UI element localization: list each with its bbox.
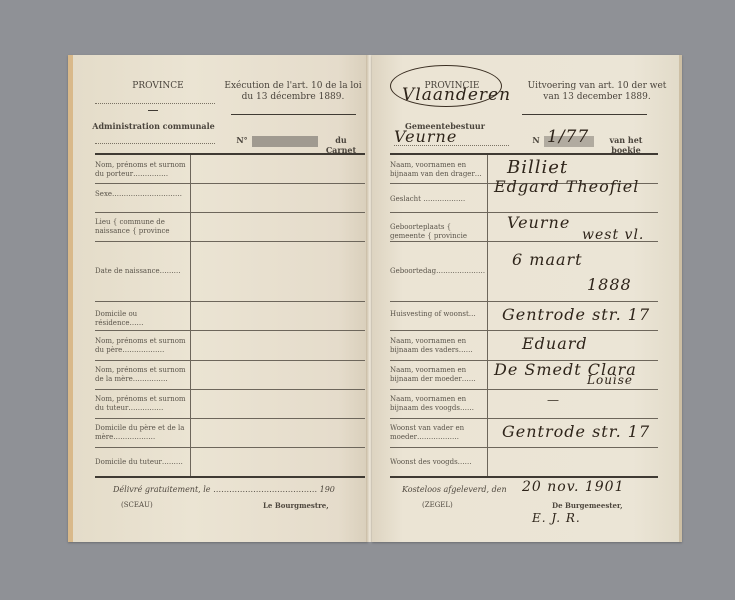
number-suffix-fr: du Carnet <box>321 135 361 155</box>
field-label: Naam, voornamen en bijnaam van den drage… <box>390 161 485 179</box>
row-line <box>390 330 658 331</box>
field-label: Naam, voornamen en bijnaam des vaders…… <box>390 337 485 355</box>
column-divider <box>190 155 191 477</box>
bearer-surname: Billiet <box>507 157 568 178</box>
flourish-rule <box>231 114 356 115</box>
table-top-rule <box>390 153 658 155</box>
province-label-fr: PROVINCE <box>118 81 198 91</box>
province-handwritten: Vlaanderen <box>402 85 511 105</box>
column-divider <box>487 155 488 477</box>
birth-year: 1888 <box>587 275 632 294</box>
row-line <box>390 418 658 419</box>
table-top-rule <box>95 153 365 155</box>
row-line <box>95 183 365 184</box>
row-line <box>95 360 365 361</box>
number-handwritten: 1/77 <box>547 127 589 147</box>
field-label: Woonst des voogds…… <box>390 458 485 467</box>
law-reference-nl: Uitvoering van art. 10 der wet van 13 de… <box>517 81 677 103</box>
row-line <box>390 301 658 302</box>
law-line-1: Uitvoering van art. 10 der wet <box>517 81 677 92</box>
table-bottom-rule <box>95 476 365 478</box>
field-label: Geboorteplaats { gemeente { provincie <box>390 223 485 241</box>
field-label: Nom, prénoms et surnom du tuteur…………… <box>95 395 187 413</box>
number-suffix-nl: van het boekje <box>596 135 656 155</box>
birthplace-municipality: Veurne <box>507 213 570 232</box>
right-page: PROVINCIE Vlaanderen Uitvoering van art.… <box>372 55 682 542</box>
municipality-handwritten: Veurne <box>394 127 457 146</box>
field-label: Date de naissance……… <box>95 267 187 276</box>
flourish-rule <box>522 114 647 115</box>
field-label: Huisvesting of woonst… <box>390 310 485 319</box>
seal-label-nl: (ZEGEL) <box>422 501 453 509</box>
field-label: Geslacht ……………… <box>390 195 485 204</box>
field-label: Naam, voornamen en bijnaam des voogds…… <box>390 395 485 413</box>
row-line <box>390 389 658 390</box>
field-label: Domicile du père et de la mère……………… <box>95 424 187 442</box>
guardian-name: — <box>547 393 560 407</box>
field-label: Nom, prénoms et surnom du porteur…………… <box>95 161 187 179</box>
number-redacted <box>252 136 318 147</box>
passbook: PROVINCE Exécution de l'art. 10 de la lo… <box>68 55 680 542</box>
mayor-label-nl: De Burgemeester, <box>552 501 623 510</box>
row-line <box>95 418 365 419</box>
row-line <box>95 301 365 302</box>
mother-second-name: Louise <box>587 373 633 387</box>
law-line-2: du 13 décembre 1889. <box>218 92 368 103</box>
bearer-given-names: Edgard Theofiel <box>494 177 639 196</box>
field-label: Lieu { commune de naissance { province <box>95 218 187 236</box>
field-label: Nom, prénoms et surnom de la mère…………… <box>95 366 187 384</box>
administration-label-fr: Administration communale <box>91 121 216 131</box>
row-line <box>95 447 365 448</box>
birth-date: 6 maart <box>512 250 583 269</box>
field-label: Domicile ou résidence…… <box>95 310 187 328</box>
row-line <box>95 241 365 242</box>
administration-dotline <box>95 143 215 144</box>
field-label: Sexe………………………… <box>95 190 187 199</box>
mayor-signature: E. J. R. <box>532 511 581 525</box>
law-line-2: van 13 december 1889. <box>517 92 677 103</box>
row-line <box>390 241 658 242</box>
field-label: Domicile du tuteur……… <box>95 458 187 467</box>
delivered-line-fr: Délivré gratuitement, le ………………………………… 1… <box>113 485 363 494</box>
table-bottom-rule <box>390 476 658 478</box>
father-name: Eduard <box>522 334 588 353</box>
administration-dotline <box>394 145 509 146</box>
province-dotline <box>95 103 215 104</box>
delivered-line-nl: Kosteloos afgeleverd, den <box>402 485 507 494</box>
number-prefix-fr: N° <box>235 135 249 145</box>
seal-label-fr: (SCEAU) <box>121 501 153 509</box>
field-label: Nom, prénoms et surnom du père……………… <box>95 337 187 355</box>
row-line <box>95 330 365 331</box>
left-page: PROVINCE Exécution de l'art. 10 de la lo… <box>68 55 368 542</box>
row-line <box>95 212 365 213</box>
divider <box>148 110 158 111</box>
delivered-date: 20 nov. 1901 <box>522 479 625 495</box>
law-reference-fr: Exécution de l'art. 10 de la loi du 13 d… <box>218 81 368 103</box>
residence: Gentrode str. 17 <box>502 305 650 324</box>
row-line <box>95 389 365 390</box>
field-label: Naam, voornamen en bijnaam der moeder…… <box>390 366 485 384</box>
mayor-label-fr: Le Bourgmestre, <box>263 501 329 510</box>
parents-residence: Gentrode str. 17 <box>502 422 650 441</box>
field-label: Geboortedag………………… <box>390 267 485 276</box>
row-line <box>390 447 658 448</box>
law-line-1: Exécution de l'art. 10 de la loi <box>218 81 368 92</box>
number-prefix-nl: N <box>530 135 542 145</box>
field-label: Woonst van vader en moeder……………… <box>390 424 485 442</box>
